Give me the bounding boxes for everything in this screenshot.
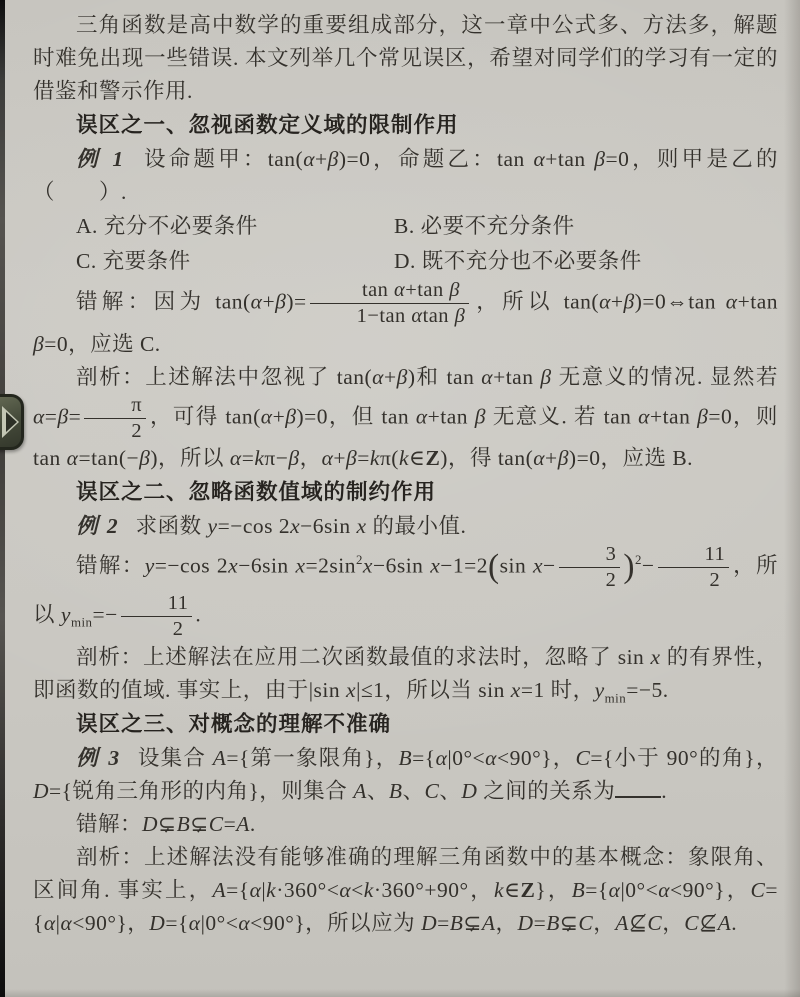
example1-analysis: 剖析：上述解法中忽视了 tan(α+β)和 tan α+tan β 无意义的情况…: [33, 361, 778, 476]
example2-problem-text: 求函数 y=−cos 2x−6sin x 的最小值.: [136, 514, 467, 538]
option-a: A. 充分不必要条件: [76, 209, 394, 244]
option-c: C. 充要条件: [76, 244, 394, 279]
option-b: B. 必要不充分条件: [394, 209, 778, 244]
example3-problem: 例 3设集合 A={第一象限角}，B={α|0°<α<90°}，C={小于 90…: [33, 742, 778, 809]
example1-problem-text: 设命题甲：tan(α+β)=0，命题乙：tan α+tan β=0，则甲是乙的（…: [33, 147, 778, 204]
example3-wrong-solution: 错解：D⊊B⊊C=A.: [33, 808, 778, 841]
example1-problem: 例 1设命题甲：tan(α+β)=0，命题乙：tan α+tan β=0，则甲是…: [33, 143, 778, 209]
scan-right-shadow: [784, 0, 800, 997]
example1-wrong-solution: 错解：因为 tan(α+β)=tan α+tan β1−tan αtan β，所…: [33, 279, 778, 361]
play-arrow-inner-icon: [6, 412, 17, 432]
example2-wrong-solution: 错解：y=−cos 2x−6sin x=2sin2x−6sin x−1=2(si…: [33, 543, 778, 640]
example2-problem: 例 2求函数 y=−cos 2x−6sin x 的最小值.: [33, 510, 778, 543]
example3-label: 例 3: [76, 746, 121, 770]
example1-options: A. 充分不必要条件 B. 必要不充分条件 C. 充要条件 D. 既不充分也不必…: [33, 209, 778, 279]
example3-analysis: 剖析：上述解法没有能够准确的理解三角函数中的基本概念：象限角、区间角. 事实上，…: [33, 841, 778, 940]
example3-problem-text: 设集合 A={第一象限角}，B={α|0°<α<90°}，C={小于 90°的角…: [33, 746, 778, 804]
document-content: 三角函数是高中数学的重要组成部分，这一章中公式多、方法多，解题时难免出现一些错误…: [33, 9, 778, 940]
scan-left-edge: [0, 0, 5, 997]
scanned-page: 三角函数是高中数学的重要组成部分，这一章中公式多、方法多，解题时难免出现一些错误…: [0, 0, 800, 997]
intro-paragraph: 三角函数是高中数学的重要组成部分，这一章中公式多、方法多，解题时难免出现一些错误…: [33, 9, 778, 108]
scan-bottom-shade: [0, 989, 800, 997]
example1-label: 例 1: [76, 147, 125, 171]
example2-analysis: 剖析：上述解法在应用二次函数最值的求法时，忽略了 sin x 的有界性，即函数的…: [33, 641, 778, 707]
option-d: D. 既不充分也不必要条件: [394, 244, 778, 279]
section3-heading: 误区之三、对概念的理解不准确: [33, 707, 778, 742]
section2-heading: 误区之二、忽略函数值域的制约作用: [33, 475, 778, 510]
section1-heading: 误区之一、忽视函数定义域的限制作用: [33, 108, 778, 143]
next-page-button[interactable]: [0, 394, 24, 450]
example2-label: 例 2: [76, 514, 120, 538]
